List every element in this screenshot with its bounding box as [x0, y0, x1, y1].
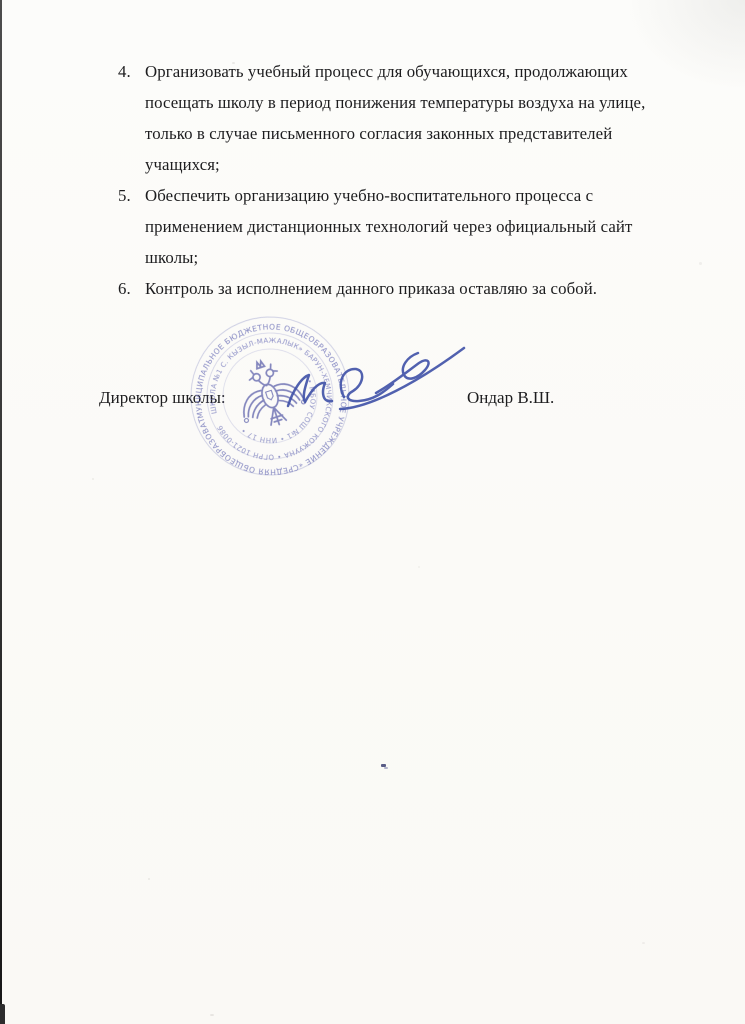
paper-speckle	[642, 942, 645, 944]
signer-name: Ондар В.Ш.	[467, 388, 554, 408]
text-line: учащихся;	[145, 149, 663, 180]
order-items-list: 4. Организовать учебный процесс для обуч…	[118, 56, 663, 304]
list-number: 4.	[118, 56, 145, 180]
text-line: Обеспечить организацию учебно-воспитател…	[145, 180, 663, 211]
scan-edge-artifact	[0, 0, 2, 1024]
paper-speckle	[418, 566, 420, 568]
order-item-5: 5. Обеспечить организацию учебно-воспита…	[118, 180, 663, 273]
scan-corner-artifact	[0, 1004, 5, 1024]
handwritten-signature	[278, 330, 473, 435]
scanned-document-page: 4. Организовать учебный процесс для обуч…	[0, 0, 745, 1024]
order-item-4: 4. Организовать учебный процесс для обуч…	[118, 56, 663, 180]
text-line: посещать школу в период понижения темпер…	[145, 87, 663, 118]
paper-speckle	[699, 262, 702, 265]
text-line: Контроль за исполнением данного приказа …	[145, 273, 663, 304]
order-item-6: 6. Контроль за исполнением данного прика…	[118, 273, 663, 304]
paper-speckle	[92, 478, 94, 480]
paper-speckle	[148, 878, 150, 880]
ink-speck-artifact	[381, 764, 390, 771]
text-line: Организовать учебный процесс для обучающ…	[145, 56, 663, 87]
list-number: 6.	[118, 273, 145, 304]
text-line: школы;	[145, 242, 663, 273]
text-line: применением дистанционных технологий чер…	[145, 211, 663, 242]
paper-speckle	[210, 1014, 214, 1016]
text-line: только в случае письменного согласия зак…	[145, 118, 663, 149]
signature-strokes	[288, 348, 464, 409]
list-number: 5.	[118, 180, 145, 273]
